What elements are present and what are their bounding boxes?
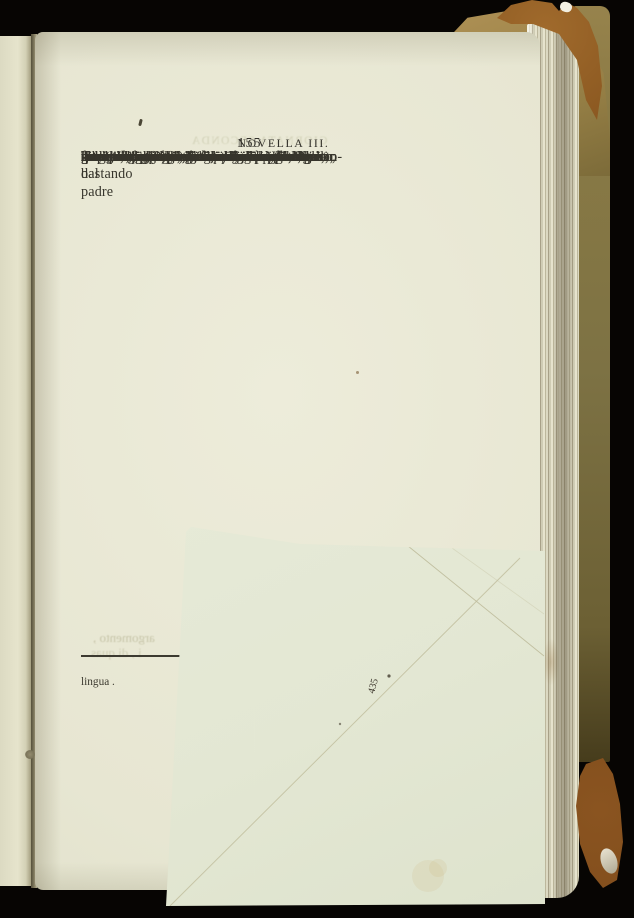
paper-speck [356,371,359,374]
showthrough-text: argomento , [93,630,155,646]
handwritten-number: 435 [366,677,381,694]
book-photo: GIORNATA SECONDA NOVELLA III. 155 delle … [0,0,634,918]
text-line-cut: che quasi al ni [81,149,165,166]
footnote-runover: lingua . [81,676,115,688]
showthrough-text: i , di quas [91,645,142,661]
ink-speck [138,119,143,127]
gutter-thread [25,750,35,759]
